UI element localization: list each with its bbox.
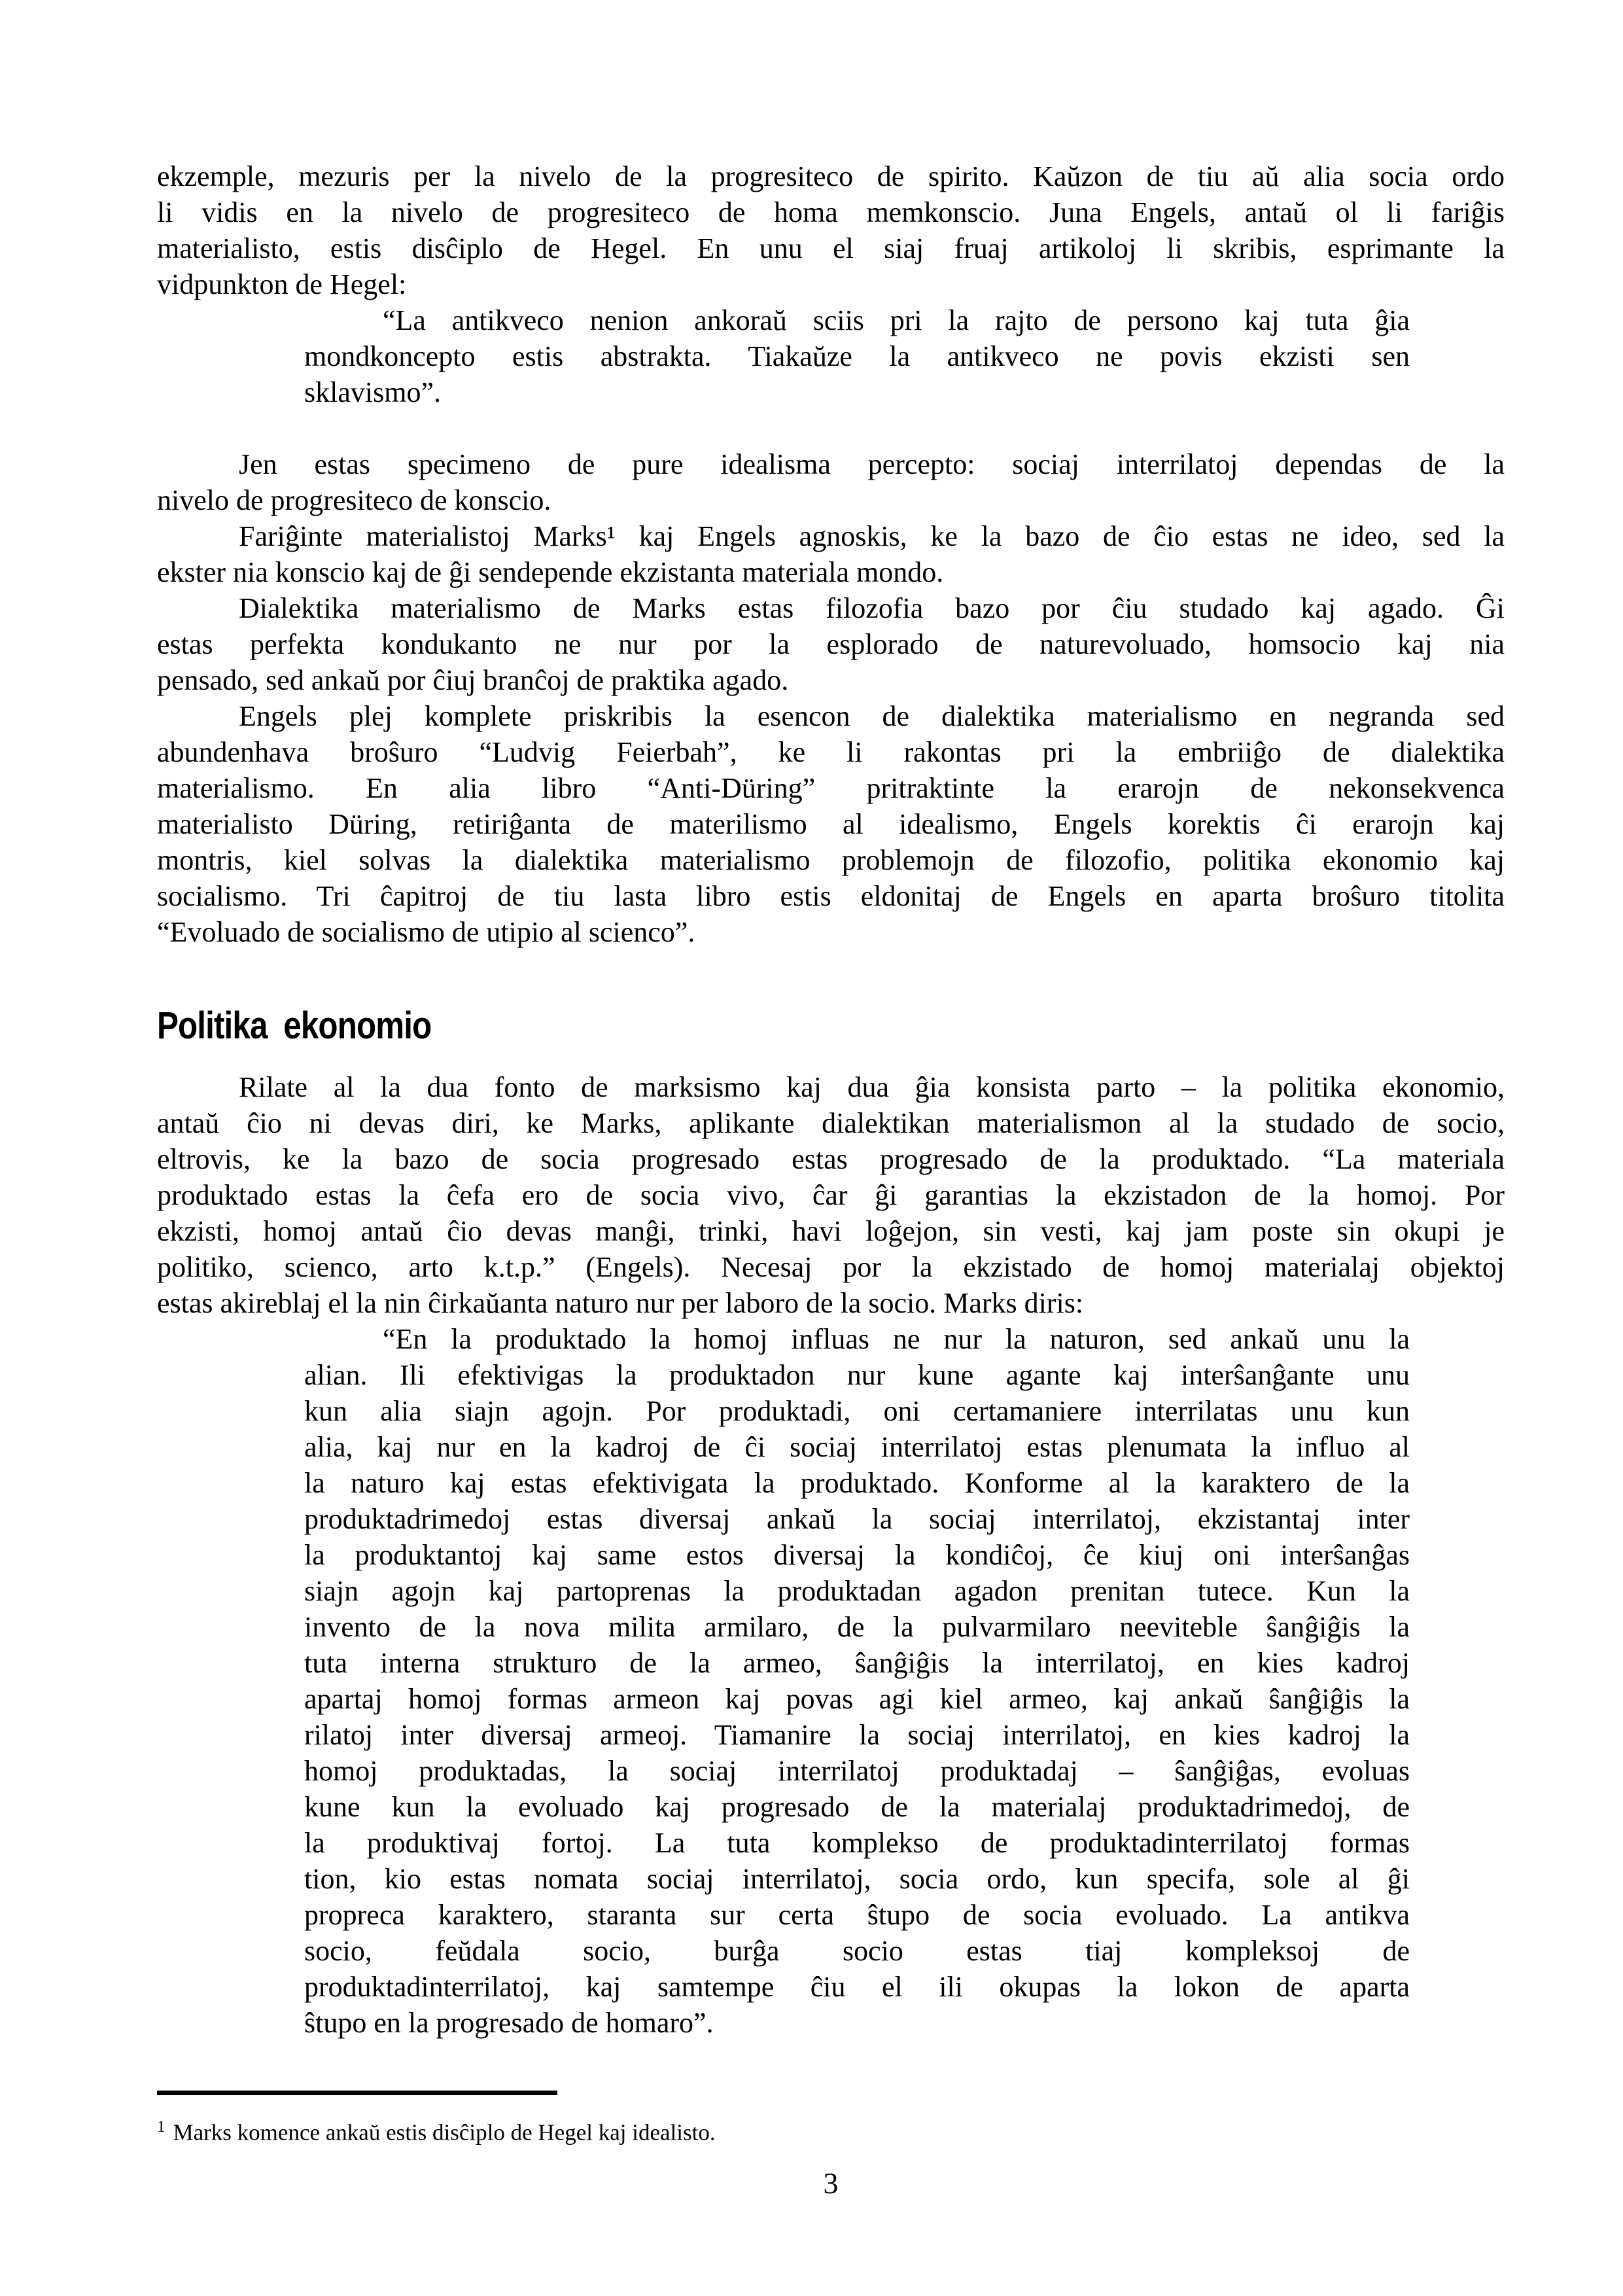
document-page: ekzemple, mezuris per la nivelo de la pr…: [0, 0, 1623, 2296]
text-line: ekzisti, homoj antaŭ ĉio devas manĝi, tr…: [157, 1213, 1505, 1249]
text-line: Rilate al la dua fonto de marksismo kaj …: [157, 1069, 1505, 1105]
text-line: socialismo. Tri ĉapitroj de tiu lasta li…: [157, 878, 1505, 914]
footnote-rule: [157, 2091, 557, 2095]
footnote-text: 1Marks komence ankaŭ estis disĉiplo de H…: [157, 2112, 1505, 2148]
page-number: 3: [157, 2165, 1505, 2201]
text-line: kun alia siajn agojn. Por produktadi, on…: [304, 1393, 1410, 1429]
text-line: vidpunkton de Hegel:: [157, 266, 1505, 302]
text-line: eltrovis, ke la bazo de socia progresado…: [157, 1141, 1505, 1177]
text-line: kune kun la evoluado kaj progresado de l…: [304, 1789, 1410, 1825]
text-line: Engels plej komplete priskribis la esenc…: [157, 698, 1505, 734]
text-line: mondkoncepto estis abstrakta. Tiakaŭze l…: [304, 338, 1410, 374]
paragraph-continuation: ekzemple, mezuris per la nivelo de la pr…: [157, 158, 1505, 302]
text-line: socio, feŭdala socio, burĝa socio estas …: [304, 1933, 1410, 1969]
text-line: Dialektika materialismo de Marks estas f…: [157, 590, 1505, 626]
text-line: politiko, scienco, arto k.t.p.” (Engels)…: [157, 1249, 1505, 1285]
text-line: li vidis en la nivelo de progresiteco de…: [157, 194, 1505, 230]
paragraph: Rilate al la dua fonto de marksismo kaj …: [157, 1069, 1505, 1321]
text-line: “La antikveco nenion ankoraŭ sciis pri l…: [304, 302, 1410, 338]
text-line: nivelo de progresiteco de konscio.: [157, 482, 1505, 518]
text-line: Jen estas specimeno de pure idealisma pe…: [157, 446, 1505, 482]
text-line: materialisto Düring, retiriĝanta de mate…: [157, 806, 1505, 842]
text-line: homoj produktadas, la sociaj interrilato…: [304, 1753, 1410, 1789]
text-line: “Evoluado de socialismo de utipio al sci…: [157, 914, 1505, 950]
text-line: tion, kio estas nomata sociaj interrilat…: [304, 1861, 1410, 1897]
text-line: ekzemple, mezuris per la nivelo de la pr…: [157, 158, 1505, 194]
paragraph: Dialektika materialismo de Marks estas f…: [157, 590, 1505, 698]
paragraph: Fariĝinte materialistoj Marks¹ kaj Engel…: [157, 518, 1505, 590]
text-line: pensado, sed ankaŭ por ĉiuj branĉoj de p…: [157, 662, 1505, 698]
block-quote: “La antikveco nenion ankoraŭ sciis pri l…: [304, 302, 1410, 410]
text-line: invento de la nova milita armilaro, de l…: [304, 1609, 1410, 1645]
text-line: rilatoj inter diversaj armeoj. Tiamanire…: [304, 1717, 1410, 1753]
paragraph: Jen estas specimeno de pure idealisma pe…: [157, 446, 1505, 518]
text-line: produktadinterrilatoj, kaj samtempe ĉiu …: [304, 1969, 1410, 2005]
text-line: ŝtupo en la progresado de homaro”.: [304, 2005, 1410, 2041]
block-quote: “En la produktado la homoj influas ne nu…: [304, 1321, 1410, 2041]
text-line: ekster nia konscio kaj de ĝi sendepende …: [157, 554, 1505, 590]
page-content: ekzemple, mezuris per la nivelo de la pr…: [157, 158, 1505, 2201]
section-heading: Politika ekonomio: [157, 1006, 1302, 1046]
footnote-marker: 1: [157, 2118, 166, 2136]
text-line: materialismo. En alia libro “Anti-Düring…: [157, 770, 1505, 806]
text-line: estas akireblaj el la nin ĉirkaŭanta nat…: [157, 1285, 1505, 1321]
text-line: propreca karaktero, staranta sur certa ŝ…: [304, 1897, 1410, 1933]
paragraph: Engels plej komplete priskribis la esenc…: [157, 698, 1505, 950]
text-line: sklavismo”.: [304, 374, 1410, 410]
text-line: siajn agojn kaj partoprenas la produktad…: [304, 1573, 1410, 1609]
text-line: produktado estas la ĉefa ero de socia vi…: [157, 1177, 1505, 1213]
text-line: la naturo kaj estas efektivigata la prod…: [304, 1465, 1410, 1501]
text-line: apartaj homoj formas armeon kaj povas ag…: [304, 1681, 1410, 1717]
text-line: “En la produktado la homoj influas ne nu…: [304, 1321, 1410, 1357]
footnote-body: Marks komence ankaŭ estis disĉiplo de He…: [173, 2120, 716, 2146]
text-line: Fariĝinte materialistoj Marks¹ kaj Engel…: [157, 518, 1505, 554]
text-line: la produktantoj kaj same estos diversaj …: [304, 1537, 1410, 1573]
text-line: antaŭ ĉio ni devas diri, ke Marks, aplik…: [157, 1105, 1505, 1141]
text-line: alian. Ili efektivigas la produktadon nu…: [304, 1357, 1410, 1393]
text-line: estas perfekta kondukanto ne nur por la …: [157, 626, 1505, 662]
footnote: 1Marks komence ankaŭ estis disĉiplo de H…: [157, 2091, 1505, 2148]
text-line: alia, kaj nur en la kadroj de ĉi sociaj …: [304, 1429, 1410, 1465]
text-line: abundenhava broŝuro “Ludvig Feierbah”, k…: [157, 734, 1505, 770]
text-line: la produktivaj fortoj. La tuta komplekso…: [304, 1825, 1410, 1861]
text-line: tuta interna strukturo de la armeo, ŝanĝ…: [304, 1645, 1410, 1681]
text-line: materialisto, estis disĉiplo de Hegel. E…: [157, 230, 1505, 266]
text-line: produktadrimedoj estas diversaj ankaŭ la…: [304, 1501, 1410, 1537]
text-line: montris, kiel solvas la dialektika mater…: [157, 842, 1505, 878]
